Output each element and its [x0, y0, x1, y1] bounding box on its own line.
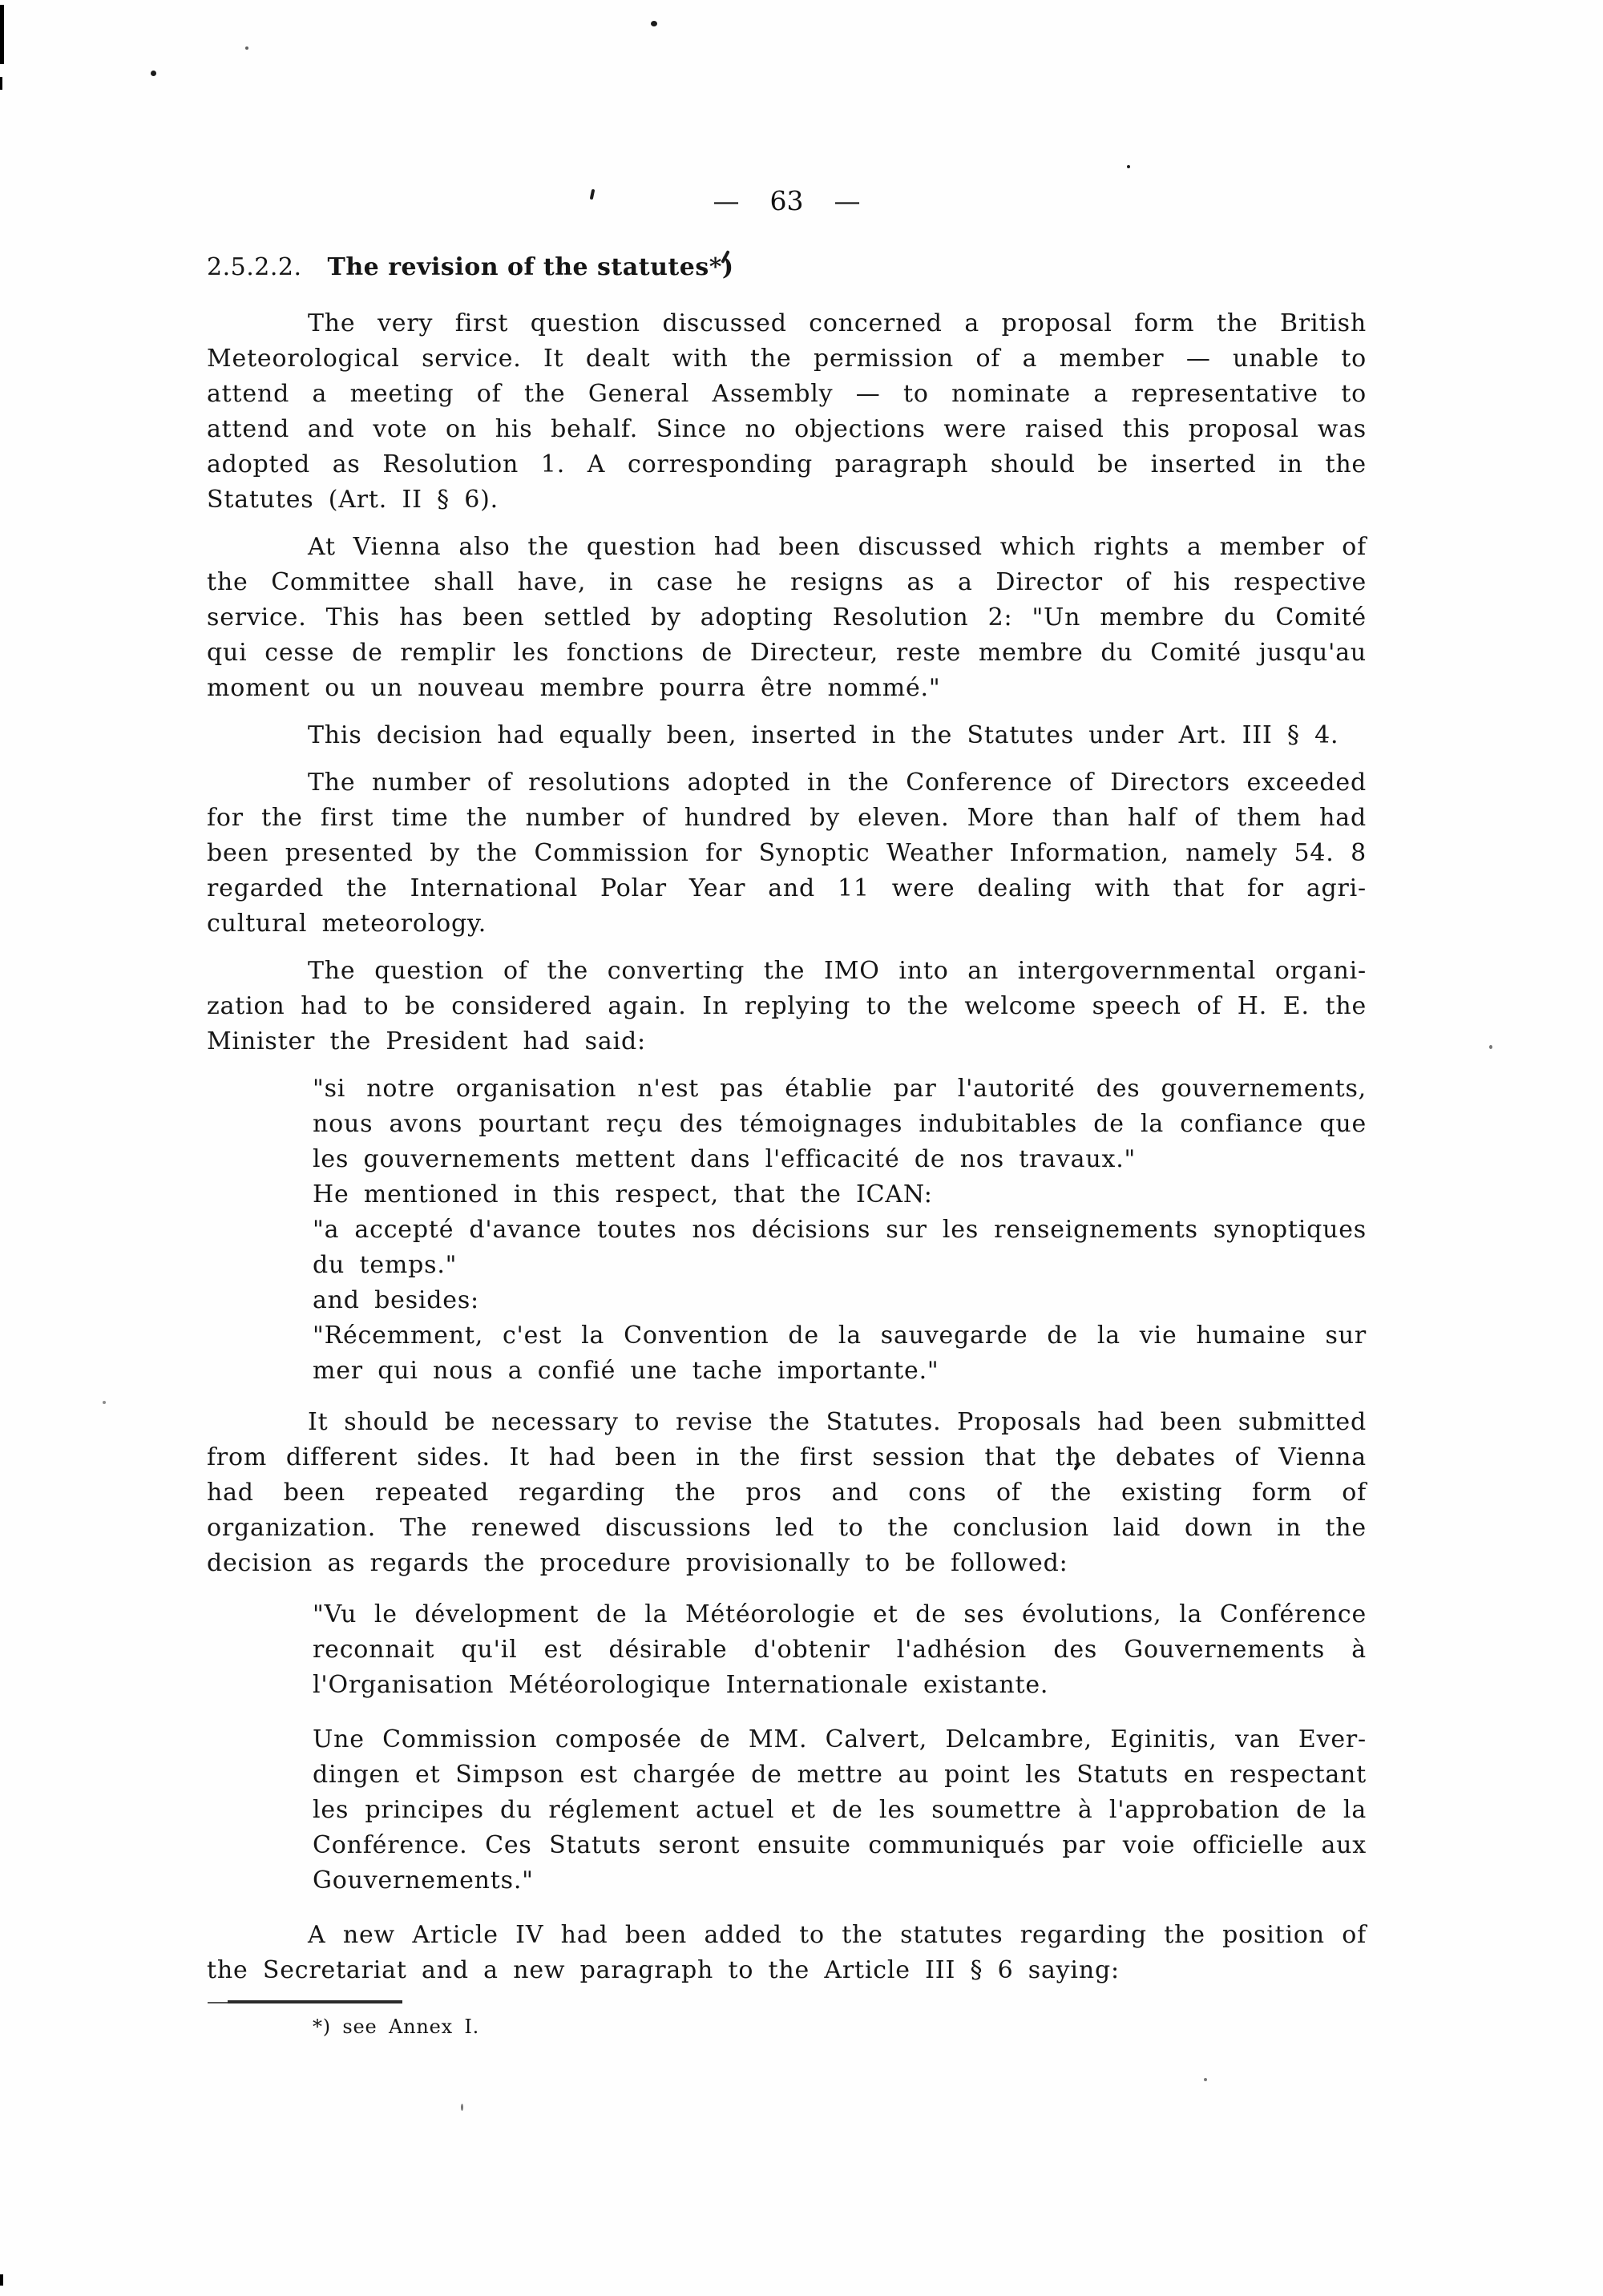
paragraph-vienna: At Vienna also the question had been dis…	[207, 530, 1367, 706]
scan-speckle	[1127, 165, 1130, 168]
page-number: — 63 —	[207, 0, 1367, 215]
paragraph-resolutions: The number of resolutions adopted in the…	[207, 765, 1367, 942]
footnote-text: *) see Annex I.	[207, 2015, 1367, 2039]
document-body: The very first question discussed concer…	[207, 306, 1367, 1988]
section-heading: 2.5.2.2. The revision of the statutes*)	[207, 252, 1367, 284]
page-number-value: 63	[770, 188, 804, 215]
paragraph-imo-question: The question of the converting the IMO i…	[207, 954, 1367, 1059]
text-column: — 63 — 2.5.2.2. The revision of the stat…	[207, 0, 1367, 1988]
quote-block-president-speech: "si notre organisation n'est pas établie…	[207, 1071, 1367, 1389]
paragraph-intro: The very first question discussed concer…	[207, 306, 1367, 518]
document-page: — 63 — 2.5.2.2. The revision of the stat…	[0, 0, 1603, 2296]
scan-edge-mark	[0, 2274, 3, 2286]
paragraph-revise: It should be necessary to revise the Sta…	[207, 1405, 1367, 1581]
scan-edge-mark	[0, 77, 2, 90]
scan-speckle	[103, 1401, 106, 1404]
page-number-left-dash: —	[713, 188, 740, 215]
quote-si-notre: "si notre organisation n'est pas établie…	[313, 1071, 1367, 1177]
scan-speckle	[1204, 2078, 1207, 2081]
scan-edge-mark	[0, 5, 4, 64]
scan-speckle	[651, 21, 657, 26]
quote-block-decision-text: "Vu le dévelopment de la Météorologie et…	[207, 1597, 1367, 1899]
scan-speckle	[245, 46, 248, 50]
footnote-rule	[228, 2000, 402, 2003]
section-title: The revision of the statutes*)	[328, 253, 734, 281]
quote-ican-intro: He mentioned in this respect, that the I…	[313, 1177, 1367, 1213]
section-number: 2.5.2.2.	[207, 253, 302, 281]
quote-recemment: "Récemment, c'est la Convention de la sa…	[313, 1318, 1367, 1389]
quote-ican: "a accepté d'avance toutes nos décisions…	[313, 1213, 1367, 1283]
paragraph-decision: This decision had equally been, inserted…	[207, 718, 1367, 753]
scan-speckle	[1489, 1045, 1492, 1049]
scan-speckle	[461, 2104, 463, 2111]
footnote: *) see Annex I.	[207, 2000, 1367, 2039]
scan-speckle	[151, 71, 156, 76]
page-number-right-dash: —	[834, 188, 861, 215]
quote-vu: "Vu le dévelopment de la Météorologie et…	[313, 1597, 1367, 1703]
quote-commission: Une Commission composée de MM. Calvert, …	[313, 1722, 1367, 1899]
paragraph-new-article: A new Article IV had been added to the s…	[207, 1918, 1367, 1988]
quote-besides: and besides:	[313, 1283, 1367, 1318]
